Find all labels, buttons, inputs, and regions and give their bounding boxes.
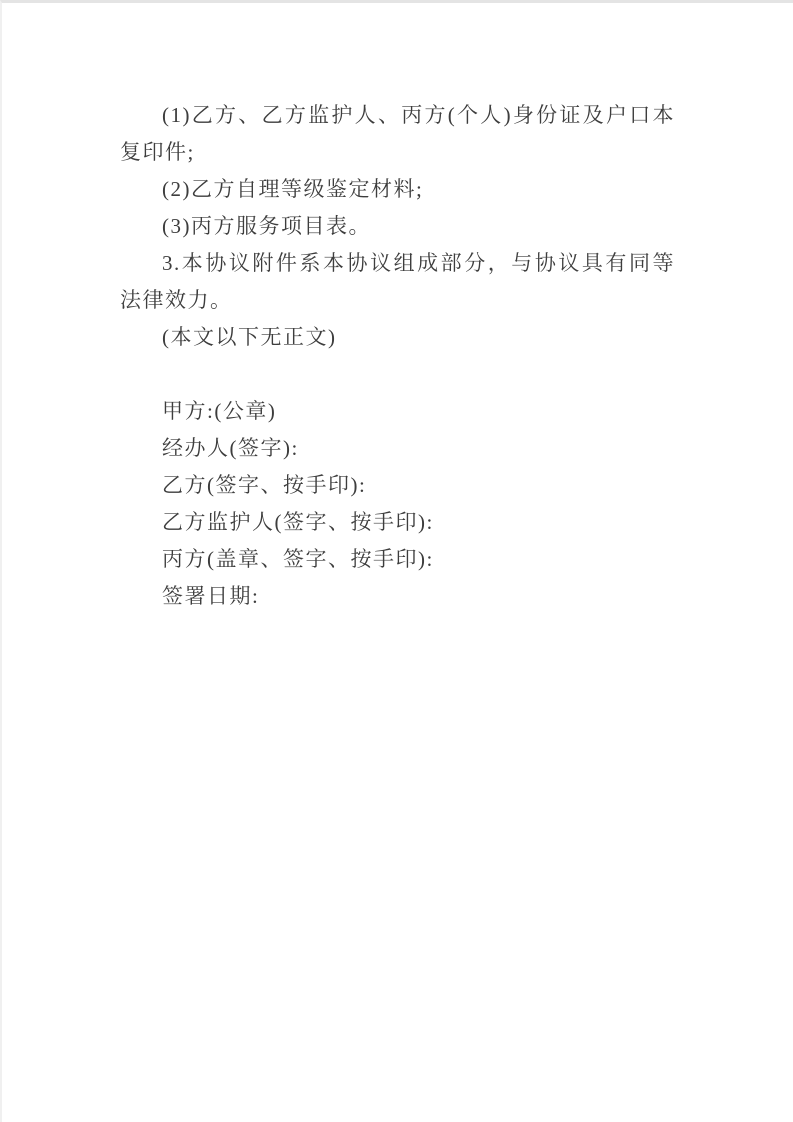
paragraph-line: 经办人(签字): [120, 430, 675, 467]
paragraph-line: (1)乙方、乙方监护人、丙方(个人)身份证及户口本复印件; [120, 97, 675, 171]
paragraph-line: (本文以下无正文) [120, 319, 675, 356]
paragraph-line: 乙方(签字、按手印): [120, 467, 675, 504]
document-page: (1)乙方、乙方监护人、丙方(个人)身份证及户口本复印件;(2)乙方自理等级鉴定… [0, 0, 793, 1122]
blank-line [120, 356, 675, 393]
paragraph-line: (3)丙方服务项目表。 [120, 208, 675, 245]
paragraph-line: 丙方(盖章、签字、按手印): [120, 541, 675, 578]
paragraph-line: 签署日期: [120, 578, 675, 615]
document-body: (1)乙方、乙方监护人、丙方(个人)身份证及户口本复印件;(2)乙方自理等级鉴定… [2, 3, 793, 615]
paragraph-line: (2)乙方自理等级鉴定材料; [120, 171, 675, 208]
paragraph-line: 乙方监护人(签字、按手印): [120, 504, 675, 541]
paragraph-line: 甲方:(公章) [120, 393, 675, 430]
paragraph-line: 3.本协议附件系本协议组成部分，与协议具有同等法律效力。 [120, 245, 675, 319]
